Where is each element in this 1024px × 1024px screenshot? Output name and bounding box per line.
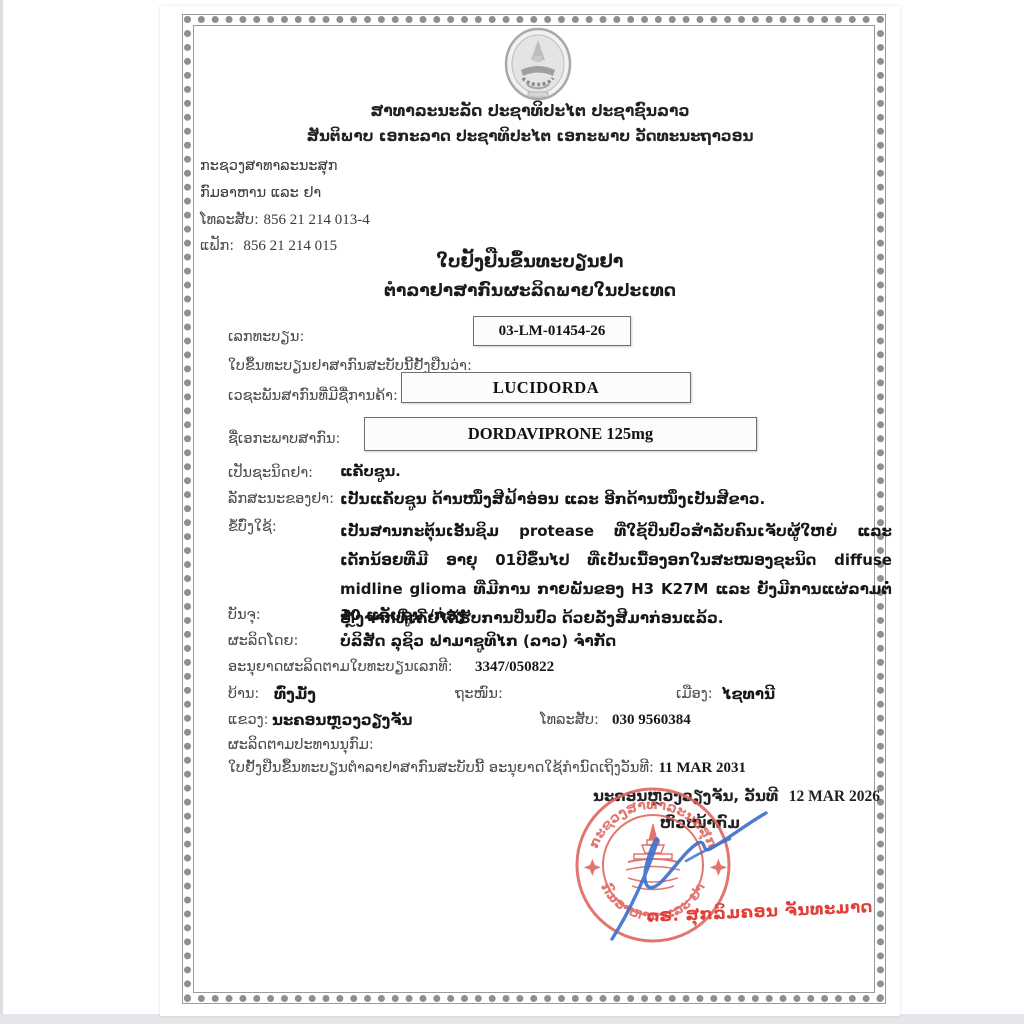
indication-label: ຂໍ້ບົ່ງໃຊ້: <box>228 518 277 538</box>
international-name-label: ຊື່ເອກະພາບສາກົນ: <box>228 430 340 450</box>
country-motto-line2: ສັນຕິພາບ ເອກະລາດ ປະຊາທິປະໄຕ ເອກະພາບ ວັດທ… <box>160 127 900 145</box>
province-value: ນະຄອນຫຼວງວຽງຈັນ <box>272 710 412 730</box>
certificate-title-line2: ຕຳລາຢາສາກົນຜະລິດພາຍໃນປະເທດ <box>160 281 900 301</box>
country-motto-line1: ສາທາລະນະລັດ ປະຊາທິປະໄຕ ປະຊາຊົນລາວ <box>160 102 900 120</box>
road-label: ຖະໜົນ: <box>455 685 503 705</box>
scanned-certificate: ສາທາລະນະລັດ ປະຊາທິປະໄຕ ປະຊາຊົນລາວ ສັນຕິພ… <box>0 0 1024 1024</box>
validity-date: 11 MAR 2031 <box>658 760 746 776</box>
phone-value: 030 9560384 <box>612 710 691 730</box>
validity-line: ໃບຢັ້ງຢືນຂຶ້ນທະບຽນຕຳລາຢາສາກົນສະບັບນີ້ ອະ… <box>228 758 888 779</box>
province-label: ແຂວງ: <box>228 711 269 731</box>
scan-edge-left <box>0 0 3 1024</box>
lao-national-emblem-icon <box>501 26 575 102</box>
packing-value: 10 ແຄັບຊູນ /ກ່ອງ <box>340 605 465 625</box>
village-label: ບ້ານ: <box>228 685 259 705</box>
district-value: ໄຊທານີ <box>722 684 775 704</box>
international-name-value: DORDAVIPRONE 125mg <box>364 417 757 451</box>
validity-label: ໃບຢັ້ງຢືນຂຶ້ນທະບຽນຕຳລາຢາສາກົນສະບັບນີ້ ອະ… <box>228 760 654 776</box>
appearance-value: ເປັນແຄັບຊູນ ດ້ານໜຶ່ງສີຟ້າອ່ອນ ແລະ ອີກດ້າ… <box>340 489 765 509</box>
registration-number-value: 03-LM-01454-26 <box>473 316 631 346</box>
appearance-label: ລັກສະນະຂອງຢາ: <box>228 490 334 510</box>
production-permit-label: ອະນຸຍາດຜະລິດຕາມໃບທະບຽນເລກທີ: <box>228 658 453 678</box>
signing-date: 12 MAR 2026 <box>789 788 880 805</box>
producer-label: ຜະລິດໂດຍ: <box>228 632 298 652</box>
ministry-name: ກະຊວງສາທາລະນະສຸກ <box>200 157 338 177</box>
packing-label: ບັນຈຸ: <box>228 606 261 626</box>
district-label: ເມືອງ: <box>676 685 713 705</box>
production-permit-value: 3347/050822 <box>475 657 554 677</box>
dosage-form-value: ແຄັບຊູນ. <box>340 463 401 483</box>
certificate-page: ສາທາລະນະລັດ ປະຊາທິປະໄຕ ປະຊາຊົນລາວ ສັນຕິພ… <box>160 6 900 1016</box>
certificate-title-line1: ໃບຢັ້ງຢືນຂຶ້ນທະບຽນຢາ <box>160 252 900 272</box>
dosage-form-label: ເປັນຊະນິດຢາ: <box>228 464 313 484</box>
trade-name-label: ເວຊະພັນສາກົນທີ່ມີຊື່ການຄ້າ: <box>228 387 398 407</box>
registration-number-label: ເລກທະບຽນ: <box>228 328 304 348</box>
department-name: ກົມອາຫານ ແລະ ຢາ <box>200 184 321 204</box>
ministry-telephone: ໂທລະສັບ: 856 21 214 013-4 <box>200 210 370 231</box>
phone-label: ໂທລະສັບ: <box>540 711 599 731</box>
village-value: ທົ່ງມັ່ງ <box>274 684 316 704</box>
producer-value: ບໍລິສັດ ລຸຊິວ ຟາມາຊູທິໄກ (ລາວ) ຈຳກັດ <box>340 631 616 651</box>
pharmacopoeia-label: ຜະລິດຕາມປະທານນຸກົມ: <box>228 736 374 756</box>
trade-name-value: LUCIDORDA <box>401 372 691 403</box>
